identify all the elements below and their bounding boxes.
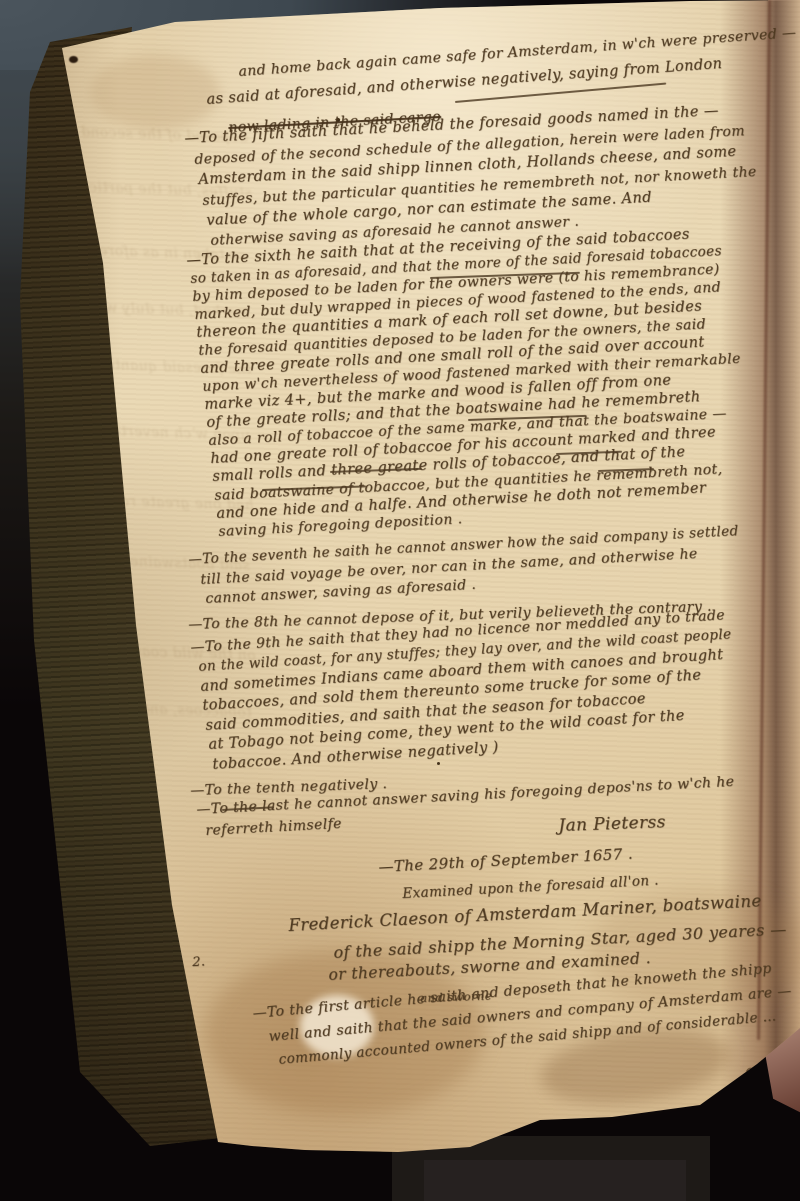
margin-number: 2. <box>192 955 206 970</box>
signature: Jan Pieterss <box>558 812 666 836</box>
manuscript-photo: 81and home back again came safe for Amst… <box>0 0 800 1201</box>
table-step <box>424 1160 686 1201</box>
deposition-line: referreth himselfe <box>205 816 342 839</box>
date-line: —The 29th of September 1657 . <box>378 845 633 876</box>
